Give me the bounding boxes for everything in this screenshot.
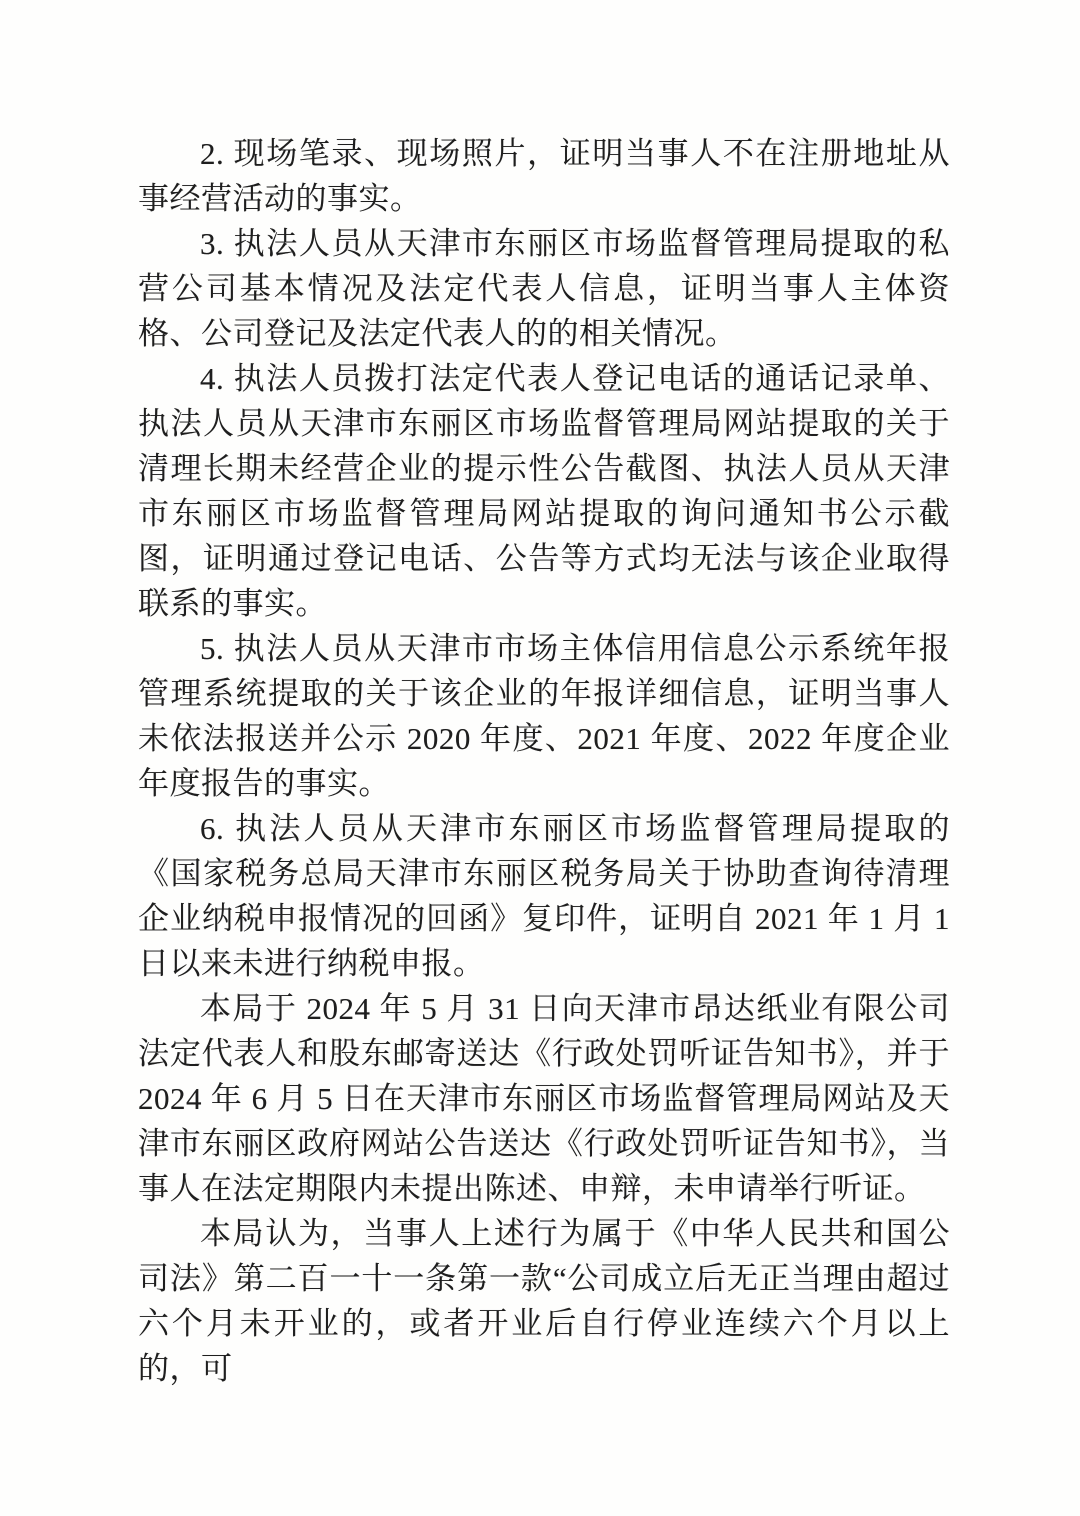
paragraph-evidence-3: 3. 执法人员从天津市东丽区市场监督管理局提取的私营公司基本情况及法定代表人信息… [138,221,950,356]
paragraph-evidence-5: 5. 执法人员从天津市市场主体信用信息公示系统年报管理系统提取的关于该企业的年报… [138,626,950,806]
document-page: 2. 现场笔录、现场照片，证明当事人不在注册地址从事经营活动的事实。 3. 执法… [0,0,1080,1516]
document-body: 2. 现场笔录、现场照片，证明当事人不在注册地址从事经营活动的事实。 3. 执法… [138,131,950,1391]
paragraph-evidence-4: 4. 执法人员拨打法定代表人登记电话的通话记录单、执法人员从天津市东丽区市场监督… [138,356,950,626]
paragraph-service-notice: 本局于 2024 年 5 月 31 日向天津市昂达纸业有限公司法定代表人和股东邮… [138,986,950,1211]
paragraph-evidence-2: 2. 现场笔录、现场照片，证明当事人不在注册地址从事经营活动的事实。 [138,131,950,221]
paragraph-legal-finding: 本局认为，当事人上述行为属于《中华人民共和国公司法》第二百一十一条第一款“公司成… [138,1211,950,1391]
paragraph-evidence-6: 6. 执法人员从天津市东丽区市场监督管理局提取的《国家税务总局天津市东丽区税务局… [138,806,950,986]
